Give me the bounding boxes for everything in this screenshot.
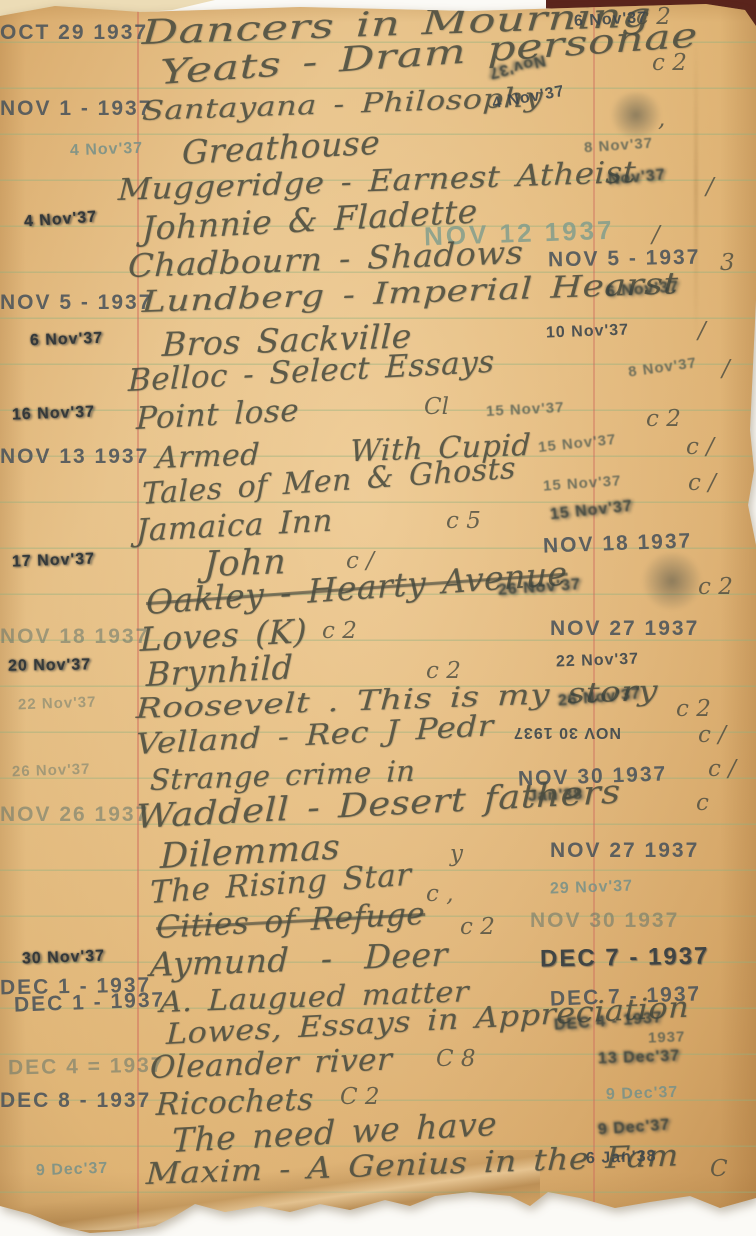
date-stamp-left: 20 Nov'37	[8, 657, 91, 674]
circulation-mark: C	[710, 1158, 728, 1181]
date-stamp-right: 15 Nov'37	[543, 473, 622, 493]
circulation-mark: c /	[686, 436, 714, 459]
date-stamp-right: 15 Nov'37	[486, 400, 565, 419]
date-stamp-left: NOV 5 - 1937	[0, 292, 152, 313]
circulation-mark: c 2	[426, 660, 461, 683]
date-stamp-right: 15 Nov'37	[537, 432, 617, 455]
entries-layer: OCT 29 1937Dancers in Mourningc 26 Nov'3…	[0, 0, 756, 1236]
date-stamp-left: 17 Nov'37	[12, 552, 96, 571]
date-stamp-left: DEC 8 - 1937	[0, 1090, 151, 1111]
circulation-mark: 3	[720, 252, 735, 275]
date-stamp-right: 6 Jan'38	[586, 1149, 657, 1167]
date-stamp-right: 13 Dec'37	[598, 1049, 681, 1068]
library-card: OCT 29 1937Dancers in Mourningc 26 Nov'3…	[0, 0, 756, 1236]
date-stamp-right: 29 Nov'37	[550, 879, 634, 898]
handwritten-title: Greathouse	[182, 126, 381, 169]
circulation-mark: y	[450, 843, 463, 866]
handwritten-title: Brynhild	[146, 650, 294, 691]
date-stamp-right: 8 Nov'37	[584, 136, 654, 156]
circulation-mark: c	[696, 792, 709, 815]
circulation-mark: c /	[708, 758, 736, 781]
date-stamp-right: DEC 7 - 1937	[540, 945, 710, 972]
date-stamp-left: DEC 1 - 1937	[14, 989, 166, 1015]
date-stamp-right: NOV 30 1937	[513, 724, 621, 740]
circulation-mark: /	[652, 224, 660, 247]
circulation-mark: c 2	[322, 620, 357, 643]
date-stamp-right: Nov'37	[607, 168, 666, 189]
date-stamp-left: 30 Nov'37	[22, 949, 106, 968]
circulation-mark: c /	[698, 724, 726, 747]
date-stamp-left: OCT 29 1937	[0, 22, 148, 43]
circulation-mark: c 5	[446, 510, 481, 533]
circulation-mark: c 2	[698, 576, 733, 599]
date-stamp-left: NOV 1 - 1937	[0, 98, 152, 119]
circulation-mark: /	[698, 320, 706, 343]
date-stamp-right: 9 Dec'37	[606, 1085, 679, 1104]
date-stamp-right: 10 Nov'37	[546, 323, 630, 342]
scanned-library-card-page: OCT 29 1937Dancers in Mourningc 26 Nov'3…	[0, 0, 756, 1236]
circulation-mark: ,	[658, 108, 665, 131]
date-stamp-left: 22 Nov'37	[18, 695, 97, 713]
circulation-mark: C 2	[340, 1086, 380, 1109]
date-stamp-right: 8 Nov'37	[627, 355, 698, 379]
date-stamp-right: 1937	[648, 1029, 686, 1045]
circulation-mark: c 2	[676, 698, 711, 721]
date-stamp-right: 9 Dec'37	[598, 1117, 671, 1138]
handwritten-title: Aymund - Deer	[149, 938, 448, 981]
circulation-mark: /	[722, 358, 730, 381]
date-stamp-left: NOV 26 1937	[0, 804, 149, 825]
date-stamp-left: 26 Nov'37	[12, 762, 91, 780]
date-stamp-left: 6 Nov'37	[30, 331, 104, 350]
handwritten-title: Jamaica Inn	[136, 506, 333, 547]
date-stamp-right: NOV 30 1937	[530, 910, 679, 931]
date-stamp-right: 15 Nov'37	[549, 499, 633, 524]
card-shadow-wrap: OCT 29 1937Dancers in Mourningc 26 Nov'3…	[0, 0, 756, 1236]
date-stamp-left: 4 Nov'37	[70, 141, 144, 160]
date-stamp-left: 16 Nov'37	[12, 405, 96, 424]
date-stamp-right: 26 Nov'37	[498, 577, 582, 599]
circulation-mark: c 2	[460, 916, 495, 939]
date-stamp-left: NOV 13 1937	[0, 446, 149, 467]
circulation-mark: c 2	[646, 408, 681, 431]
circulation-mark: /	[706, 176, 714, 199]
circulation-mark: C 8	[436, 1048, 476, 1071]
circulation-mark: c ,	[426, 883, 454, 906]
date-stamp-right: 22 Nov'37	[556, 652, 640, 671]
date-stamp-left: 9 Dec'37	[36, 1161, 109, 1180]
circulation-mark: Cl	[424, 396, 449, 419]
date-stamp-right: NOV 27 1937	[550, 840, 699, 861]
date-stamp-left: DEC 4 = 1937	[8, 1055, 165, 1079]
circulation-mark: c /	[688, 472, 716, 495]
date-stamp-left: NOV 18 1937	[0, 626, 149, 647]
handwritten-title: Oleander river	[149, 1045, 392, 1085]
circulation-mark: c 2	[652, 52, 687, 75]
date-stamp-right: NOV 27 1937	[550, 618, 699, 639]
date-stamp-left: 4 Nov'37	[24, 209, 98, 230]
handwritten-title: Point lose	[136, 395, 300, 435]
